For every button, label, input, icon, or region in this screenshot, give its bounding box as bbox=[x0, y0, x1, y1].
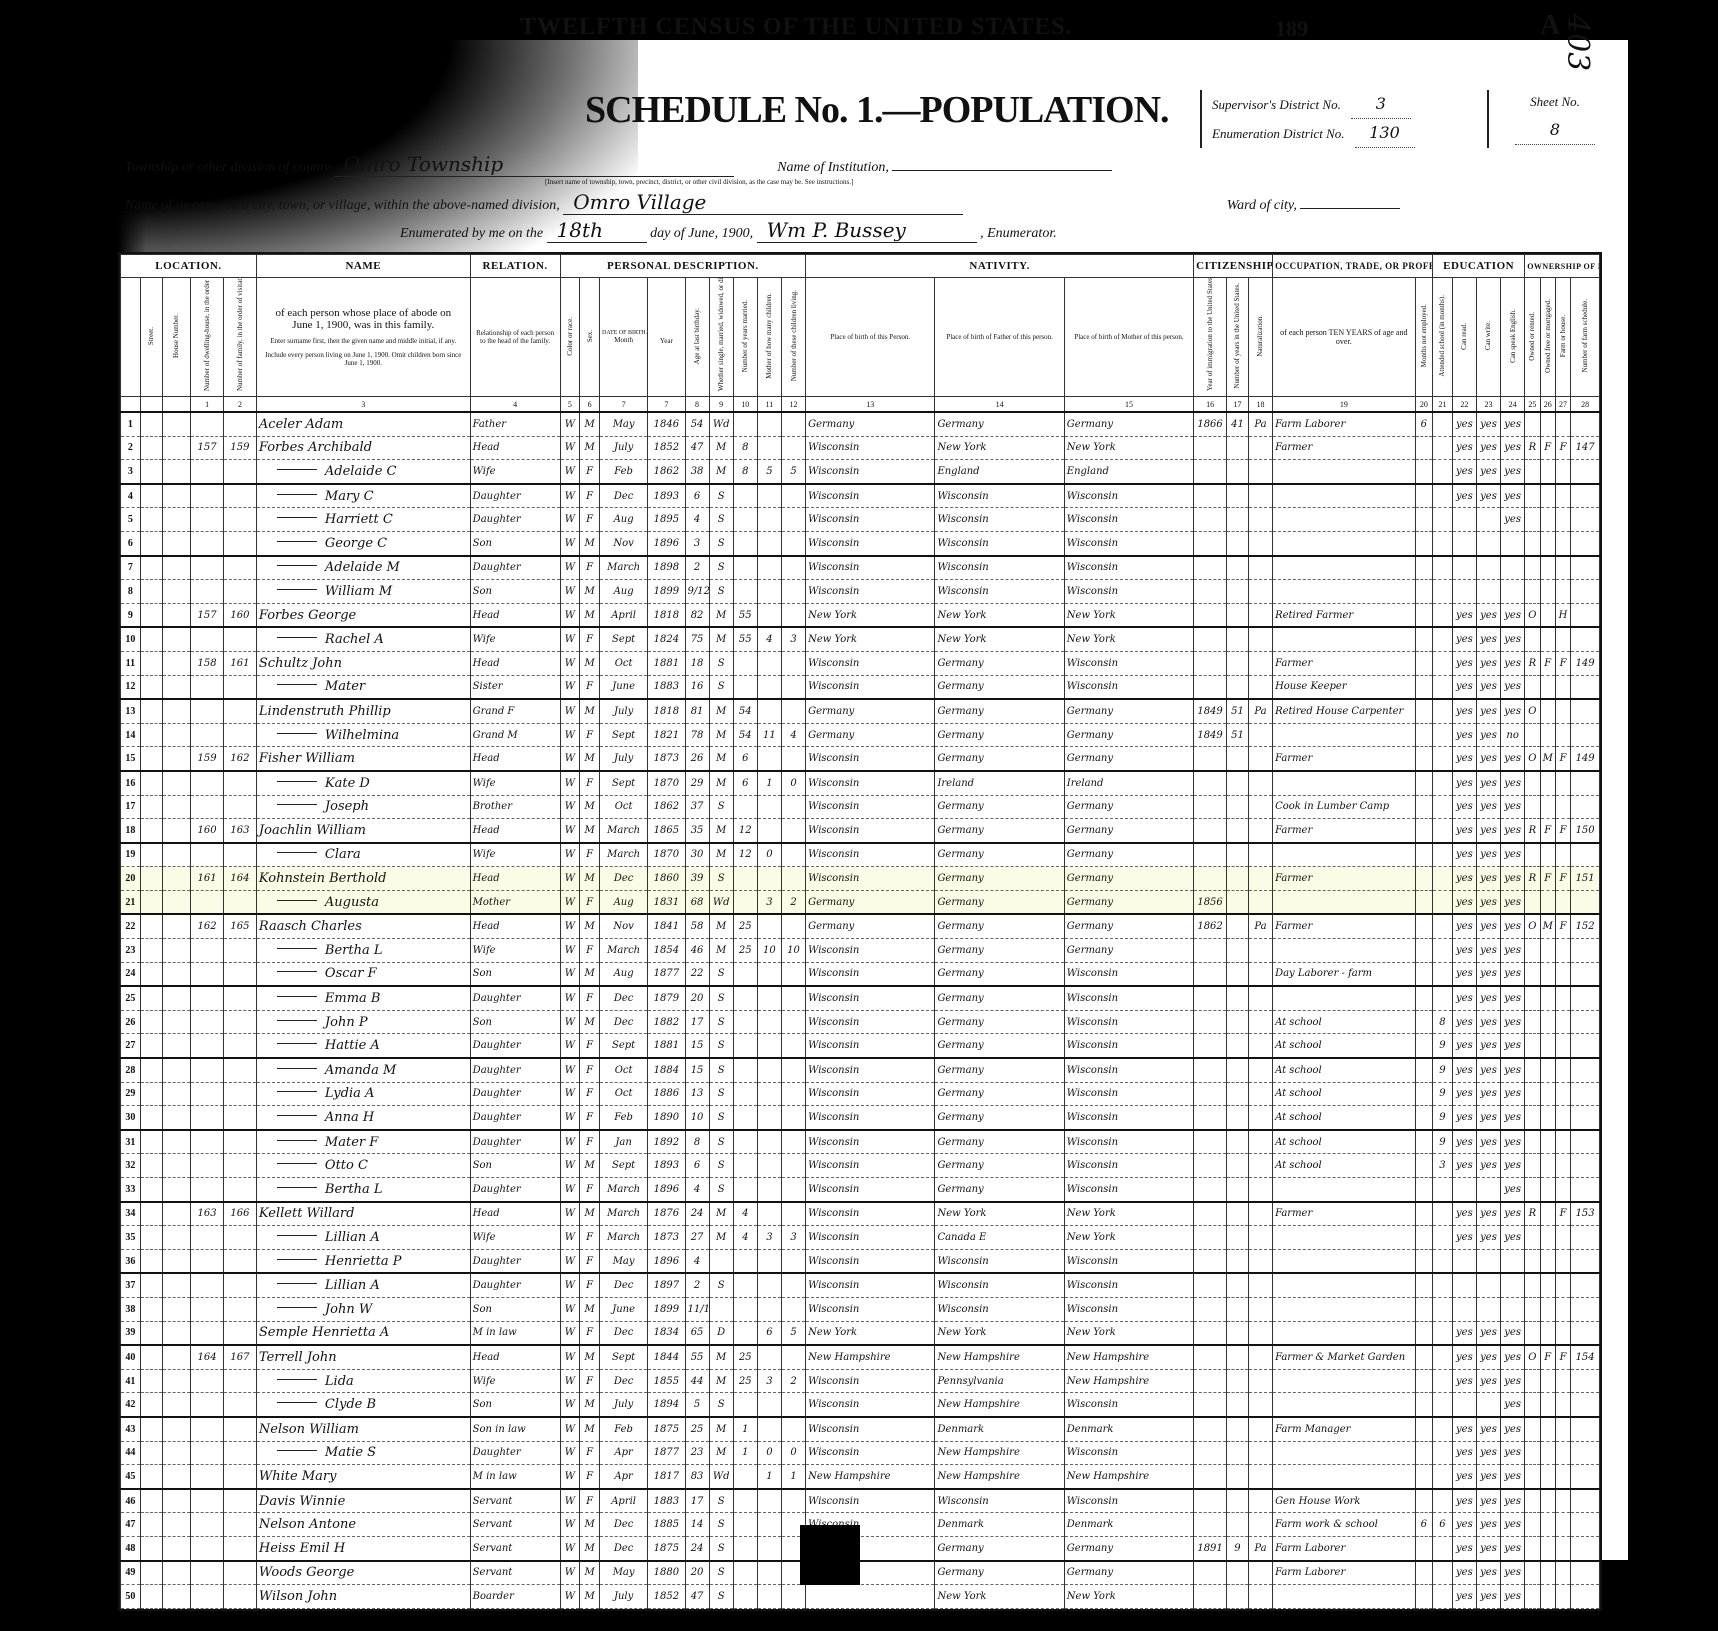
cell-street bbox=[140, 1489, 162, 1513]
cell-age: 75 bbox=[685, 627, 709, 651]
cell-farm-schedule bbox=[1571, 1393, 1600, 1417]
cell-months-unemployed bbox=[1415, 508, 1433, 532]
same-surname-dash bbox=[277, 852, 317, 853]
census-row[interactable]: 48Heiss Emil HServantWMDec187524SGermany… bbox=[121, 1536, 1600, 1560]
same-surname-dash bbox=[277, 971, 317, 972]
cell-street bbox=[140, 747, 162, 771]
city-label: Name of incorporated city, town, or vill… bbox=[125, 198, 560, 213]
census-row[interactable]: 13Lindenstruth PhillipGrand FWMJuly18188… bbox=[121, 699, 1600, 723]
cell-house-number bbox=[162, 603, 191, 627]
cell-dwelling-number bbox=[191, 890, 224, 914]
cell-birthplace: Wisconsin bbox=[806, 1010, 935, 1034]
relation-text: Head bbox=[473, 921, 500, 932]
birth-month-text: April bbox=[611, 1496, 636, 1507]
cell-occupation: Farmer bbox=[1273, 747, 1416, 771]
cell-person-name: Lida bbox=[256, 1369, 470, 1393]
census-row[interactable]: 17JosephBrotherWMOct186237SWisconsinGerm… bbox=[121, 795, 1600, 819]
school-months-text: 9 bbox=[1439, 1065, 1445, 1076]
cell-mother-of-children bbox=[757, 508, 781, 532]
cell-color: W bbox=[560, 627, 580, 651]
cell-speaks-english: yes bbox=[1501, 1417, 1525, 1441]
cell-person-name: Amanda M bbox=[256, 1058, 470, 1082]
father-birthplace-text: New York bbox=[937, 634, 986, 645]
cell-mother-of-children bbox=[757, 580, 781, 604]
cell-mother-birthplace: Germany bbox=[1064, 412, 1193, 436]
cell-speaks-english: yes bbox=[1501, 1106, 1525, 1130]
column-number: 17 bbox=[1227, 397, 1249, 413]
cell-months-unemployed: 6 bbox=[1415, 1513, 1433, 1537]
cell-farm-house bbox=[1555, 1441, 1570, 1465]
cell-age: 4 bbox=[685, 1249, 709, 1273]
census-row[interactable]: 1Aceler AdamFatherWMMay184654WdGermanyGe… bbox=[121, 412, 1600, 436]
cell-dwelling-number: 164 bbox=[191, 1345, 224, 1369]
cell-school-months: 3 bbox=[1433, 1154, 1453, 1178]
cell-marital-status: M bbox=[709, 914, 733, 938]
can-read-text: yes bbox=[1456, 706, 1473, 717]
cell-children-living bbox=[781, 484, 805, 508]
cell-birthplace: Wisconsin bbox=[806, 436, 935, 460]
census-row[interactable]: 5Harriett CDaughterWFAug18954SWisconsinW… bbox=[121, 508, 1600, 532]
census-row[interactable]: 18160163Joachlin WilliamHeadWMMarch18653… bbox=[121, 819, 1600, 843]
cell-age: 55 bbox=[685, 1345, 709, 1369]
cell-person-name: Forbes Archibald bbox=[256, 436, 470, 460]
col-dwelling: Number of dwelling-house, in the order o… bbox=[191, 278, 224, 397]
census-row[interactable]: 32Otto CSonWMSept18936SWisconsinGermanyW… bbox=[121, 1154, 1600, 1178]
line-number-text: 11 bbox=[126, 658, 135, 669]
census-row[interactable]: 8William MSonWMAug18999/12SWisconsinWisc… bbox=[121, 580, 1600, 604]
cell-person-name: Adelaide M bbox=[256, 556, 470, 580]
person-name-text: John W bbox=[325, 1302, 372, 1317]
sex-text: M bbox=[585, 1519, 595, 1530]
census-row[interactable]: 29Lydia ADaughterWFOct188613SWisconsinGe… bbox=[121, 1082, 1600, 1106]
census-row[interactable]: 21AugustaMotherWFAug183168Wd32GermanyGer… bbox=[121, 890, 1600, 914]
cell-birth-month: Dec bbox=[600, 986, 648, 1010]
color-text: W bbox=[565, 1065, 575, 1076]
cell-farm-schedule bbox=[1571, 531, 1600, 555]
line-number-text: 44 bbox=[125, 1447, 135, 1458]
cell-age: 2 bbox=[685, 556, 709, 580]
census-row[interactable]: 26John PSonWMDec188217SWisconsinGermanyW… bbox=[121, 1010, 1600, 1034]
cell-can-read bbox=[1452, 508, 1476, 532]
cell-years-married bbox=[733, 962, 757, 986]
township-value: Omro Township bbox=[334, 152, 734, 177]
cell-naturalization bbox=[1248, 508, 1272, 532]
speaks-english-text: yes bbox=[1504, 1519, 1521, 1530]
cell-immigration-year bbox=[1194, 1226, 1227, 1250]
can-read-text: yes bbox=[1456, 1424, 1473, 1435]
cell-can-read bbox=[1452, 1393, 1476, 1417]
cell-naturalization bbox=[1248, 795, 1272, 819]
cell-children-living bbox=[781, 508, 805, 532]
cell-mother-of-children: 3 bbox=[757, 890, 781, 914]
cell-age: 4 bbox=[685, 508, 709, 532]
cell-birthplace: Wisconsin bbox=[806, 580, 935, 604]
marital-status-text: M bbox=[716, 466, 726, 477]
cell-occupation bbox=[1273, 1393, 1416, 1417]
can-write-text: yes bbox=[1480, 1519, 1497, 1530]
cell-can-write bbox=[1476, 556, 1500, 580]
person-name-text: Kate D bbox=[325, 776, 370, 791]
cell-school-months bbox=[1433, 843, 1453, 867]
census-row[interactable]: 43Nelson WilliamSon in lawWMFeb187525M1W… bbox=[121, 1417, 1600, 1441]
cell-birthplace: Wisconsin bbox=[806, 843, 935, 867]
cell-family-number bbox=[224, 1226, 257, 1250]
cell-naturalization: Pa bbox=[1248, 699, 1272, 723]
cell-naturalization bbox=[1248, 484, 1272, 508]
speaks-english-text: yes bbox=[1504, 1112, 1521, 1123]
cell-farm-house: F bbox=[1555, 436, 1570, 460]
census-row[interactable]: 35Lillian AWifeWFMarch187327M433Wisconsi… bbox=[121, 1226, 1600, 1250]
cell-children-living bbox=[781, 436, 805, 460]
census-row[interactable]: 41LidaWifeWFDec185544M2532WisconsinPenns… bbox=[121, 1369, 1600, 1393]
cell-naturalization bbox=[1248, 675, 1272, 699]
cell-children-living bbox=[781, 962, 805, 986]
cell-dwelling-number bbox=[191, 723, 224, 747]
cell-mother-birthplace: Wisconsin bbox=[1064, 556, 1193, 580]
census-row[interactable]: 37Lillian ADaughterWFDec18972SWisconsinW… bbox=[121, 1273, 1600, 1297]
census-row[interactable]: 12MaterSisterWFJune188316SWisconsinGerma… bbox=[121, 675, 1600, 699]
cell-father-birthplace: Germany bbox=[935, 914, 1064, 938]
cell-mother-birthplace: Denmark bbox=[1064, 1513, 1193, 1537]
cell-can-write: yes bbox=[1476, 460, 1500, 484]
cell-children-living: 1 bbox=[781, 1465, 805, 1489]
cell-owned-rented bbox=[1525, 412, 1540, 436]
cell-person-name: Kate D bbox=[256, 771, 470, 795]
cell-birth-year: 1818 bbox=[648, 699, 685, 723]
census-row[interactable]: 34163166Kellett WillardHeadWMMarch187624… bbox=[121, 1202, 1600, 1226]
age-text: 20 bbox=[691, 993, 704, 1004]
cell-school-months bbox=[1433, 436, 1453, 460]
cell-months-unemployed bbox=[1415, 699, 1433, 723]
sex-text: F bbox=[586, 562, 593, 573]
cell-mother-birthplace: Wisconsin bbox=[1064, 1441, 1193, 1465]
can-write-text: yes bbox=[1480, 491, 1497, 502]
cell-age: 37 bbox=[685, 795, 709, 819]
census-row[interactable]: 28Amanda MDaughterWFOct188415SWisconsinG… bbox=[121, 1058, 1600, 1082]
cell-free-mortgaged bbox=[1540, 1441, 1555, 1465]
column-number: 1 bbox=[191, 397, 224, 413]
cell-person-name: Nelson William bbox=[256, 1417, 470, 1441]
cell-years-married: 4 bbox=[733, 1226, 757, 1250]
relation-text: Wife bbox=[473, 945, 496, 956]
census-row[interactable]: 27Hattie ADaughterWFSept188115SWisconsin… bbox=[121, 1034, 1600, 1058]
sheet-box: Sheet No. 8 bbox=[1515, 88, 1595, 145]
cell-mother-of-children bbox=[757, 914, 781, 938]
relation-text: Son bbox=[473, 1399, 492, 1410]
cell-family-number bbox=[224, 1249, 257, 1273]
cell-house-number bbox=[162, 747, 191, 771]
father-birthplace-text: New York bbox=[937, 442, 986, 453]
cell-children-living bbox=[781, 531, 805, 555]
cell-line-number: 35 bbox=[121, 1226, 141, 1250]
census-row[interactable]: 6George CSonWMNov18963SWisconsinWisconsi… bbox=[121, 531, 1600, 555]
cell-can-write: yes bbox=[1476, 1369, 1500, 1393]
family-number-text: 162 bbox=[230, 753, 249, 764]
mother-of-children-text: 0 bbox=[766, 849, 772, 860]
mother-of-children-text: 5 bbox=[766, 466, 772, 477]
cell-farm-house bbox=[1555, 962, 1570, 986]
census-row[interactable]: 36Henrietta PDaughterWFMay18964Wisconsin… bbox=[121, 1249, 1600, 1273]
marital-status-text: S bbox=[718, 1040, 725, 1051]
cell-birthplace: New Hampshire bbox=[806, 1465, 935, 1489]
line-number-text: 7 bbox=[128, 562, 133, 573]
same-surname-dash bbox=[277, 1115, 317, 1116]
cell-speaks-english: yes bbox=[1501, 1010, 1525, 1034]
cell-free-mortgaged bbox=[1540, 1585, 1555, 1609]
cell-birth-year: 1879 bbox=[648, 986, 685, 1010]
census-row[interactable]: 31Mater FDaughterWFJan18928SWisconsinGer… bbox=[121, 1130, 1600, 1154]
sex-text: M bbox=[585, 968, 595, 979]
sex-text: F bbox=[586, 1327, 593, 1338]
cell-mother-of-children bbox=[757, 412, 781, 436]
relation-text: Daughter bbox=[473, 562, 521, 573]
census-row[interactable]: 24Oscar FSonWMAug187722SWisconsinGermany… bbox=[121, 962, 1600, 986]
cell-dwelling-number bbox=[191, 1297, 224, 1321]
cell-dwelling-number bbox=[191, 508, 224, 532]
census-row[interactable]: 10Rachel AWifeWFSept182475M5543New YorkN… bbox=[121, 627, 1600, 651]
same-surname-dash bbox=[277, 1235, 317, 1236]
birthplace-text: Wisconsin bbox=[808, 1065, 859, 1076]
cell-dwelling-number bbox=[191, 1082, 224, 1106]
census-row[interactable]: 4Mary CDaughterWFDec18936SWisconsinWisco… bbox=[121, 484, 1600, 508]
family-number-text: 163 bbox=[230, 825, 249, 836]
father-birthplace-text: Germany bbox=[937, 897, 983, 908]
cell-person-name: Anna H bbox=[256, 1106, 470, 1130]
cell-sex: M bbox=[580, 699, 600, 723]
census-row[interactable]: 22162165Raasch CharlesHeadWMNov184158M25… bbox=[121, 914, 1600, 938]
cell-color: W bbox=[560, 1536, 580, 1560]
census-row[interactable]: 40164167Terrell JohnHeadWMSept184455M25N… bbox=[121, 1345, 1600, 1369]
group-citizenship: CITIZENSHIP. bbox=[1194, 255, 1273, 278]
occupation-text: At school bbox=[1275, 1017, 1322, 1028]
census-row[interactable]: 39Semple Henrietta AM in lawWFDec183465D… bbox=[121, 1321, 1600, 1345]
speaks-english-text: yes bbox=[1504, 873, 1521, 884]
mother-birthplace-text: Denmark bbox=[1067, 1424, 1114, 1435]
cell-farm-house bbox=[1555, 1249, 1570, 1273]
line-number-text: 28 bbox=[125, 1065, 135, 1076]
relation-text: Head bbox=[473, 825, 500, 836]
person-name-text: Mater F bbox=[325, 1135, 378, 1150]
relation-text: Son bbox=[473, 1017, 492, 1028]
cell-father-birthplace: England bbox=[935, 460, 1064, 484]
can-read-text: yes bbox=[1456, 1088, 1473, 1099]
birth-year-text: 1897 bbox=[654, 1280, 679, 1291]
cell-street bbox=[140, 1465, 162, 1489]
cell-marital-status: S bbox=[709, 1082, 733, 1106]
line-number-text: 29 bbox=[125, 1088, 135, 1099]
census-row[interactable]: 20161164Kohnstein BertholdHeadWMDec18603… bbox=[121, 867, 1600, 891]
cell-father-birthplace: Wisconsin bbox=[935, 531, 1064, 555]
cell-birth-month: Oct bbox=[600, 1058, 648, 1082]
cell-farm-schedule: 152 bbox=[1571, 914, 1600, 938]
mother-birthplace-text: Germany bbox=[1067, 945, 1113, 956]
ward-value bbox=[1300, 208, 1400, 209]
cell-relation: Daughter bbox=[470, 1441, 560, 1465]
cell-birth-year: 1877 bbox=[648, 962, 685, 986]
cell-years-in-us bbox=[1227, 508, 1249, 532]
cell-farm-schedule bbox=[1571, 603, 1600, 627]
cell-marital-status: M bbox=[709, 1345, 733, 1369]
census-row[interactable]: 2157159Forbes ArchibaldHeadWMJuly185247M… bbox=[121, 436, 1600, 460]
cell-occupation: Farmer bbox=[1273, 436, 1416, 460]
cell-birthplace: Wisconsin bbox=[806, 1058, 935, 1082]
birthplace-text: Wisconsin bbox=[808, 658, 859, 669]
cell-marital-status: M bbox=[709, 699, 733, 723]
cell-house-number bbox=[162, 436, 191, 460]
cell-owned-rented bbox=[1525, 1082, 1540, 1106]
cell-school-months bbox=[1433, 627, 1453, 651]
cell-speaks-english: yes bbox=[1501, 603, 1525, 627]
census-row[interactable]: 45White MaryM in lawWFApr181783Wd11New H… bbox=[121, 1465, 1600, 1489]
census-row[interactable]: 19ClaraWifeWFMarch187030M120WisconsinGer… bbox=[121, 843, 1600, 867]
census-row[interactable]: 46Davis WinnieServantWFApril188317SWisco… bbox=[121, 1489, 1600, 1513]
person-name-text: Clyde B bbox=[325, 1397, 376, 1412]
cell-birth-month: March bbox=[600, 819, 648, 843]
cell-marital-status: S bbox=[709, 1034, 733, 1058]
census-row[interactable]: 9157160Forbes GeorgeHeadWMApril181882M55… bbox=[121, 603, 1600, 627]
color-text: W bbox=[565, 1376, 575, 1387]
cell-family-number bbox=[224, 1082, 257, 1106]
census-row[interactable]: 38John WSonWMJune189911/12WisconsinWisco… bbox=[121, 1297, 1600, 1321]
census-row[interactable]: 44Matie SDaughterWFApr187723M100Wisconsi… bbox=[121, 1441, 1600, 1465]
group-personal: PERSONAL DESCRIPTION. bbox=[560, 255, 806, 278]
cell-children-living bbox=[781, 1010, 805, 1034]
mother-birthplace-text: Germany bbox=[1067, 849, 1113, 860]
census-row[interactable]: 14WilhelminaGrand MWFSept182178M54114Ger… bbox=[121, 723, 1600, 747]
census-row[interactable]: 23Bertha LWifeWFMarch185446M251010Wiscon… bbox=[121, 939, 1600, 963]
birthplace-text: Wisconsin bbox=[808, 1232, 859, 1243]
cell-marital-status: S bbox=[709, 580, 733, 604]
census-row[interactable]: 7Adelaide MDaughterWFMarch18982SWisconsi… bbox=[121, 556, 1600, 580]
cell-relation: Head bbox=[470, 651, 560, 675]
cell-mother-of-children: 4 bbox=[757, 627, 781, 651]
census-row[interactable]: 25Emma BDaughterWFDec187920SWisconsinGer… bbox=[121, 986, 1600, 1010]
owned-rented-text: O bbox=[1528, 921, 1536, 932]
cell-color: W bbox=[560, 1273, 580, 1297]
person-name-text: White Mary bbox=[259, 1469, 337, 1484]
cell-line-number: 49 bbox=[121, 1561, 141, 1585]
speaks-english-text: yes bbox=[1504, 491, 1521, 502]
cell-years-in-us bbox=[1227, 1321, 1249, 1345]
cell-birth-year: 1896 bbox=[648, 531, 685, 555]
line-number-text: 43 bbox=[125, 1424, 135, 1435]
cell-farm-house bbox=[1555, 1178, 1570, 1202]
cell-years-married: 1 bbox=[733, 1441, 757, 1465]
cell-sex: M bbox=[580, 412, 600, 436]
cell-birth-year: 1897 bbox=[648, 1273, 685, 1297]
cell-naturalization bbox=[1248, 1585, 1272, 1609]
birth-year-text: 1893 bbox=[654, 491, 679, 502]
cell-owned-rented bbox=[1525, 1010, 1540, 1034]
cell-children-living: 2 bbox=[781, 1369, 805, 1393]
township-line: Township or other division of county Omr… bbox=[125, 152, 1112, 177]
cell-mother-birthplace: Wisconsin bbox=[1064, 1058, 1193, 1082]
cell-years-in-us bbox=[1227, 819, 1249, 843]
cell-occupation bbox=[1273, 1226, 1416, 1250]
cell-speaks-english: yes bbox=[1501, 1513, 1525, 1537]
cell-farm-house bbox=[1555, 531, 1570, 555]
occupation-text: At school bbox=[1275, 1040, 1322, 1051]
person-name-text: Bertha L bbox=[325, 1182, 383, 1197]
cell-owned-rented: R bbox=[1525, 651, 1540, 675]
person-name-text: Mater bbox=[325, 679, 365, 694]
sex-text: M bbox=[585, 825, 595, 836]
mother-birthplace-text: Wisconsin bbox=[1067, 658, 1118, 669]
census-row[interactable]: 15159162Fisher WilliamHeadWMJuly187326M6… bbox=[121, 747, 1600, 771]
cell-farm-house: F bbox=[1555, 914, 1570, 938]
cell-months-unemployed bbox=[1415, 484, 1433, 508]
cell-relation: Son bbox=[470, 580, 560, 604]
census-row[interactable]: 3Adelaide CWifeWFFeb186238M855WisconsinE… bbox=[121, 460, 1600, 484]
cell-farm-house: F bbox=[1555, 747, 1570, 771]
cell-years-in-us bbox=[1227, 1130, 1249, 1154]
cell-speaks-english bbox=[1501, 1273, 1525, 1297]
enumerated-prefix: Enumerated by me on the bbox=[400, 226, 543, 241]
census-row[interactable]: 49Woods GeorgeServantWMMay188020SGermany… bbox=[121, 1561, 1600, 1585]
census-row[interactable]: 16Kate DWifeWFSept187029M610WisconsinIre… bbox=[121, 771, 1600, 795]
speaks-english-text: yes bbox=[1504, 1184, 1521, 1195]
mother-birthplace-text: Wisconsin bbox=[1067, 562, 1118, 573]
cell-birth-month: Oct bbox=[600, 651, 648, 675]
cell-farm-schedule bbox=[1571, 699, 1600, 723]
census-row[interactable]: 30Anna HDaughterWFFeb189010SWisconsinGer… bbox=[121, 1106, 1600, 1130]
cell-street bbox=[140, 1082, 162, 1106]
same-surname-dash bbox=[277, 1450, 317, 1451]
person-name-text: Matie S bbox=[325, 1445, 376, 1460]
cell-years-married: 1 bbox=[733, 1417, 757, 1441]
cell-months-unemployed bbox=[1415, 651, 1433, 675]
same-surname-dash bbox=[277, 1091, 317, 1092]
cell-person-name: John W bbox=[256, 1297, 470, 1321]
column-number: 27 bbox=[1555, 397, 1570, 413]
age-text: 3 bbox=[694, 538, 700, 549]
cell-occupation: Farmer bbox=[1273, 914, 1416, 938]
cell-can-write bbox=[1476, 580, 1500, 604]
cell-naturalization bbox=[1248, 1465, 1272, 1489]
census-row[interactable]: 47Nelson AntoneServantWMDec188514SWiscon… bbox=[121, 1513, 1600, 1537]
enumeration-district-value: 130 bbox=[1355, 119, 1415, 148]
census-row[interactable]: 50Wilson JohnBoarderWMJuly185247SNew Yor… bbox=[121, 1585, 1600, 1609]
cell-relation: Head bbox=[470, 867, 560, 891]
marital-status-text: Wd bbox=[713, 419, 730, 430]
cell-occupation bbox=[1273, 1321, 1416, 1345]
cell-free-mortgaged bbox=[1540, 603, 1555, 627]
census-row[interactable]: 11158161Schultz JohnHeadWMOct188118SWisc… bbox=[121, 651, 1600, 675]
line-number-text: 46 bbox=[125, 1496, 135, 1507]
cell-marital-status: M bbox=[709, 603, 733, 627]
cell-birth-year: 1841 bbox=[648, 914, 685, 938]
census-row[interactable]: 42Clyde BSonWMJuly18945SWisconsinNew Ham… bbox=[121, 1393, 1600, 1417]
cell-color: W bbox=[560, 1249, 580, 1273]
schedule-title: SCHEDULE No. 1.—POPULATION. bbox=[585, 88, 1169, 132]
age-text: 37 bbox=[691, 801, 704, 812]
can-read-text: yes bbox=[1456, 1352, 1473, 1363]
cell-immigration-year bbox=[1194, 1202, 1227, 1226]
cell-color: W bbox=[560, 531, 580, 555]
birthplace-text: Wisconsin bbox=[808, 1447, 859, 1458]
cell-mother-birthplace: New York bbox=[1064, 1226, 1193, 1250]
cell-marital-status: S bbox=[709, 651, 733, 675]
col-relation: Relationship of each person to the head … bbox=[470, 278, 560, 397]
same-surname-dash bbox=[277, 948, 317, 949]
census-row[interactable]: 33Bertha LDaughterWFMarch18964SWisconsin… bbox=[121, 1178, 1600, 1202]
cell-can-read: yes bbox=[1452, 436, 1476, 460]
line-number-text: 8 bbox=[128, 586, 133, 597]
color-text: W bbox=[565, 849, 575, 860]
cell-street bbox=[140, 1106, 162, 1130]
color-text: W bbox=[565, 658, 575, 669]
cell-years-married bbox=[733, 867, 757, 891]
